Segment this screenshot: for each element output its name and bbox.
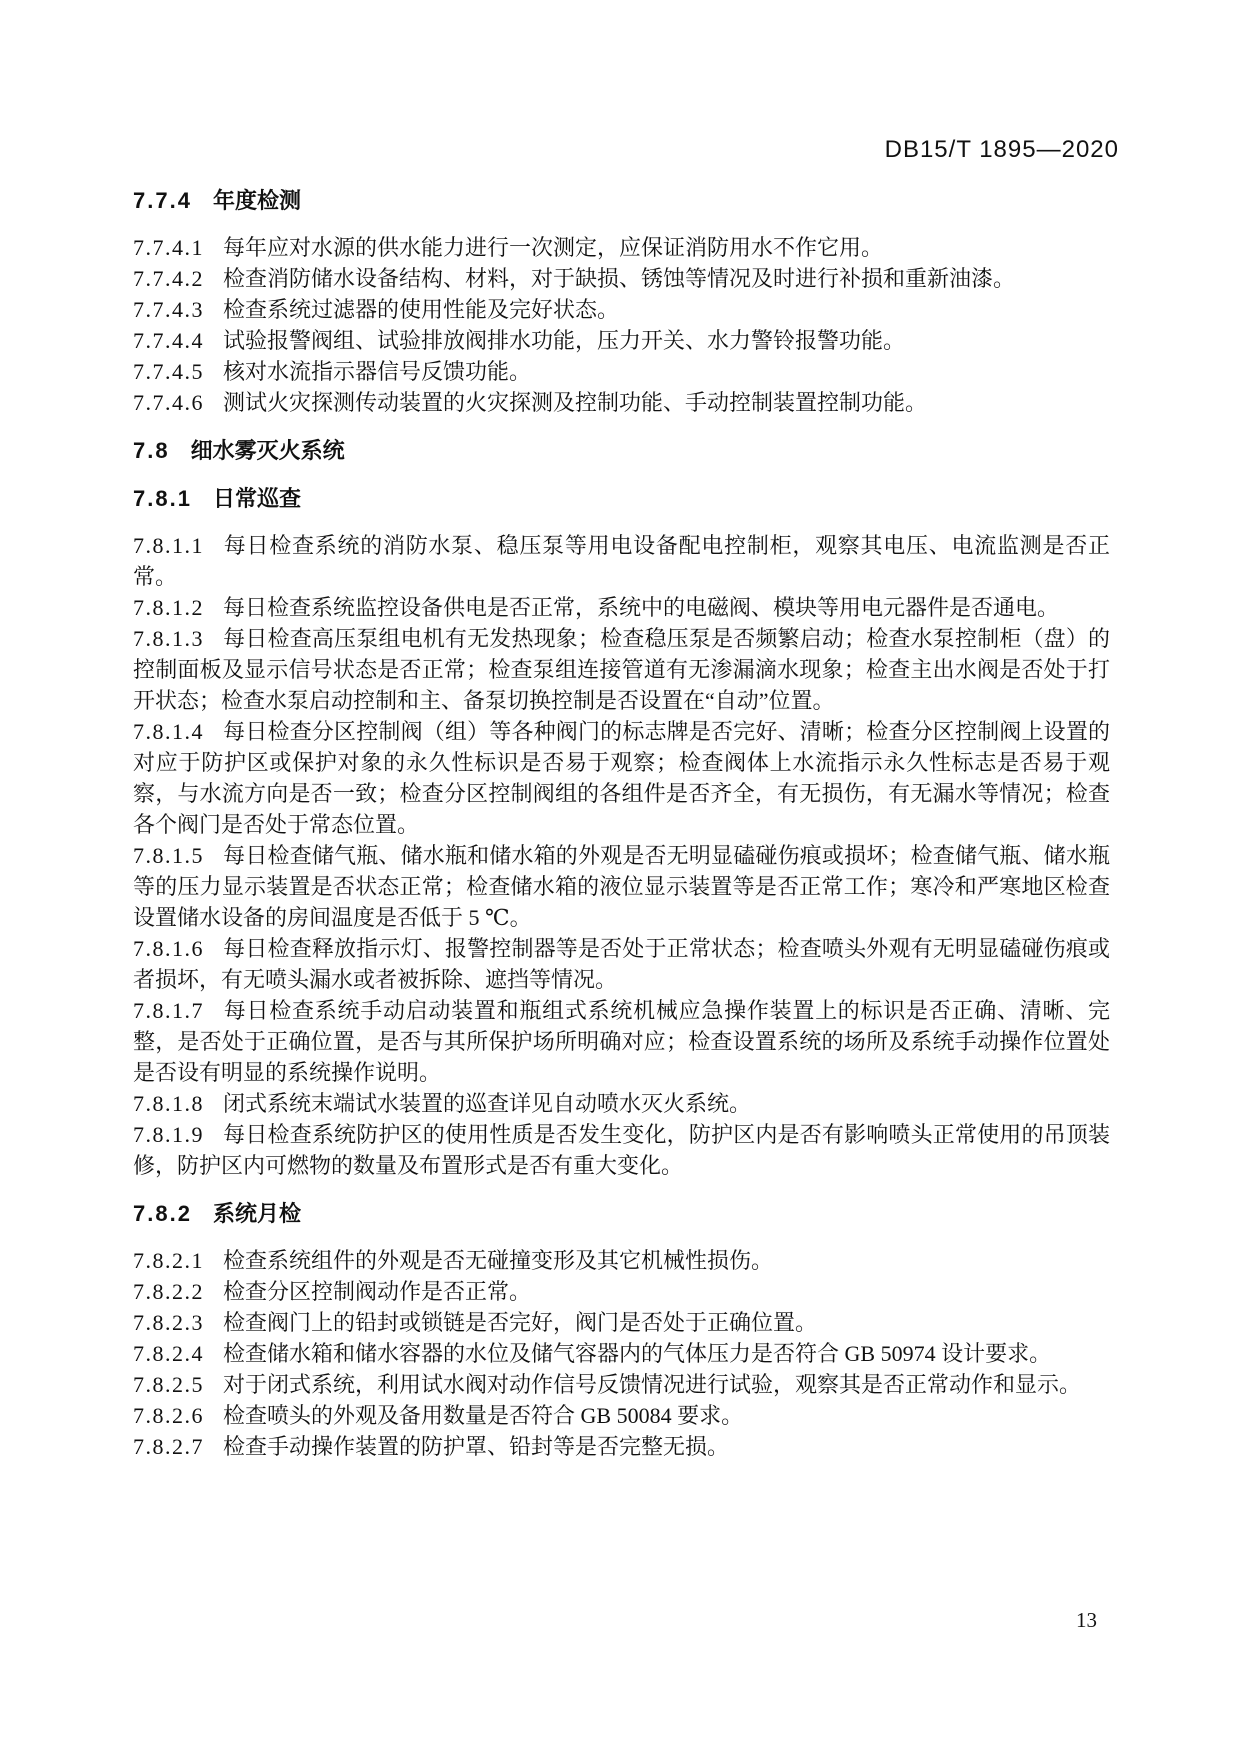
clause: 7.8.1.3每日检查高压泵组电机有无发热现象；检查稳压泵是否频繁启动；检查水泵… xyxy=(133,623,1110,716)
clause-text: 检查消防储水设备结构、材料，对于缺损、锈蚀等情况及时进行补损和重新油漆。 xyxy=(223,266,1015,291)
clause: 7.8.1.5每日检查储气瓶、储水瓶和储水箱的外观是否无明显磕碰伤痕或损坏；检查… xyxy=(133,840,1110,933)
clause: 7.8.2.6检查喷头的外观及备用数量是否符合 GB 50084 要求。 xyxy=(133,1400,1110,1431)
heading-number: 7.8.1 xyxy=(133,486,192,511)
clause-number: 7.8.2.6 xyxy=(133,1403,204,1428)
clause-text: 检查系统过滤器的使用性能及完好状态。 xyxy=(223,297,619,322)
document-page: DB15/T 1895—2020 7.7.4年度检测7.7.4.1每年应对水源的… xyxy=(0,0,1241,1755)
clause-number: 7.8.2.5 xyxy=(133,1372,204,1397)
clause-text: 每日检查系统防护区的使用性质是否发生变化，防护区内是否有影响喷头正常使用的吊顶装… xyxy=(133,1122,1110,1178)
clause: 7.7.4.3检查系统过滤器的使用性能及完好状态。 xyxy=(133,294,1110,325)
section-heading: 7.8细水雾灭火系统 xyxy=(133,435,1110,466)
clause: 7.8.1.6每日检查释放指示灯、报警控制器等是否处于正常状态；检查喷头外观有无… xyxy=(133,933,1110,995)
clause-text: 每年应对水源的供水能力进行一次测定，应保证消防用水不作它用。 xyxy=(223,235,883,260)
heading-title: 日常巡查 xyxy=(213,486,301,511)
clause-number: 7.8.1.1 xyxy=(133,533,204,558)
clause: 7.8.2.5对于闭式系统，利用试水阀对动作信号反馈情况进行试验，观察其是否正常… xyxy=(133,1369,1110,1400)
heading-number: 7.8 xyxy=(133,438,170,463)
clause: 7.8.1.2每日检查系统监控设备供电是否正常，系统中的电磁阀、模块等用电元器件… xyxy=(133,592,1110,623)
section-heading: 7.7.4年度检测 xyxy=(133,185,1110,216)
clause-text: 每日检查高压泵组电机有无发热现象；检查稳压泵是否频繁启动；检查水泵控制柜（盘）的… xyxy=(133,626,1110,713)
clause-number: 7.7.4.4 xyxy=(133,328,204,353)
clause-text: 每日检查系统的消防水泵、稳压泵等用电设备配电控制柜，观察其电压、电流监测是否正常… xyxy=(133,533,1110,589)
clause-number: 7.8.1.6 xyxy=(133,936,204,961)
clause: 7.8.1.7每日检查系统手动启动装置和瓶组式系统机械应急操作装置上的标识是否正… xyxy=(133,995,1110,1088)
clause-number: 7.8.1.9 xyxy=(133,1122,204,1147)
clause: 7.8.2.7检查手动操作装置的防护罩、铅封等是否完整无损。 xyxy=(133,1431,1110,1462)
clause-number: 7.7.4.2 xyxy=(133,266,204,291)
document-content: 7.7.4年度检测7.7.4.1每年应对水源的供水能力进行一次测定，应保证消防用… xyxy=(133,168,1110,1462)
clause-text: 检查系统组件的外观是否无碰撞变形及其它机械性损伤。 xyxy=(223,1248,773,1273)
clause: 7.7.4.6测试火灾探测传动装置的火灾探测及控制功能、手动控制装置控制功能。 xyxy=(133,387,1110,418)
clause-text: 每日检查分区控制阀（组）等各种阀门的标志牌是否完好、清晰；检查分区控制阀上设置的… xyxy=(133,719,1110,837)
clause-number: 7.8.1.3 xyxy=(133,626,204,651)
clause: 7.7.4.1每年应对水源的供水能力进行一次测定，应保证消防用水不作它用。 xyxy=(133,232,1110,263)
clause: 7.7.4.2检查消防储水设备结构、材料，对于缺损、锈蚀等情况及时进行补损和重新… xyxy=(133,263,1110,294)
page-number: 13 xyxy=(1076,1608,1097,1633)
clause: 7.8.2.4检查储水箱和储水容器的水位及储气容器内的气体压力是否符合 GB 5… xyxy=(133,1338,1110,1369)
clause: 7.8.1.9每日检查系统防护区的使用性质是否发生变化，防护区内是否有影响喷头正… xyxy=(133,1119,1110,1181)
section-heading: 7.8.2系统月检 xyxy=(133,1198,1110,1229)
clause: 7.8.2.2检查分区控制阀动作是否正常。 xyxy=(133,1276,1110,1307)
clause-number: 7.8.2.2 xyxy=(133,1279,204,1304)
clause-number: 7.8.1.4 xyxy=(133,719,204,744)
clause-number: 7.8.2.4 xyxy=(133,1341,204,1366)
clause-number: 7.8.2.7 xyxy=(133,1434,204,1459)
clause: 7.8.1.1每日检查系统的消防水泵、稳压泵等用电设备配电控制柜，观察其电压、电… xyxy=(133,530,1110,592)
clause: 7.8.2.3检查阀门上的铅封或锁链是否完好，阀门是否处于正确位置。 xyxy=(133,1307,1110,1338)
clause-text: 每日检查系统手动启动装置和瓶组式系统机械应急操作装置上的标识是否正确、清晰、完整… xyxy=(133,998,1110,1085)
heading-number: 7.7.4 xyxy=(133,188,192,213)
clause-text: 检查分区控制阀动作是否正常。 xyxy=(223,1279,531,1304)
clause-number: 7.7.4.5 xyxy=(133,359,204,384)
clause-text: 每日检查系统监控设备供电是否正常，系统中的电磁阀、模块等用电元器件是否通电。 xyxy=(223,595,1059,620)
clause-text: 核对水流指示器信号反馈功能。 xyxy=(223,359,531,384)
heading-number: 7.8.2 xyxy=(133,1201,192,1226)
section-heading: 7.8.1日常巡查 xyxy=(133,483,1110,514)
clause-text: 检查储水箱和储水容器的水位及储气容器内的气体压力是否符合 GB 50974 设计… xyxy=(223,1341,1051,1366)
clause-number: 7.8.1.8 xyxy=(133,1091,204,1116)
heading-title: 系统月检 xyxy=(213,1201,301,1226)
clause: 7.8.1.4每日检查分区控制阀（组）等各种阀门的标志牌是否完好、清晰；检查分区… xyxy=(133,716,1110,840)
clause-text: 每日检查释放指示灯、报警控制器等是否处于正常状态；检查喷头外观有无明显磕碰伤痕或… xyxy=(133,936,1110,992)
heading-title: 细水雾灭火系统 xyxy=(191,438,345,463)
clause-number: 7.7.4.1 xyxy=(133,235,204,260)
clause: 7.8.1.8闭式系统末端试水装置的巡查详见自动喷水灭火系统。 xyxy=(133,1088,1110,1119)
clause-number: 7.8.2.3 xyxy=(133,1310,204,1335)
clause-number: 7.8.1.5 xyxy=(133,843,204,868)
clause-text: 试验报警阀组、试验排放阀排水功能，压力开关、水力警铃报警功能。 xyxy=(223,328,905,353)
clause: 7.7.4.5核对水流指示器信号反馈功能。 xyxy=(133,356,1110,387)
doc-code-header: DB15/T 1895—2020 xyxy=(885,136,1119,164)
clause-text: 检查手动操作装置的防护罩、铅封等是否完整无损。 xyxy=(223,1434,729,1459)
clause: 7.7.4.4试验报警阀组、试验排放阀排水功能，压力开关、水力警铃报警功能。 xyxy=(133,325,1110,356)
clause-text: 检查喷头的外观及备用数量是否符合 GB 50084 要求。 xyxy=(223,1403,743,1428)
clause-text: 每日检查储气瓶、储水瓶和储水箱的外观是否无明显磕碰伤痕或损坏；检查储气瓶、储水瓶… xyxy=(133,843,1110,930)
clause-number: 7.8.1.7 xyxy=(133,998,204,1023)
clause-text: 闭式系统末端试水装置的巡查详见自动喷水灭火系统。 xyxy=(223,1091,751,1116)
clause-number: 7.8.2.1 xyxy=(133,1248,204,1273)
clause-number: 7.7.4.6 xyxy=(133,390,204,415)
heading-title: 年度检测 xyxy=(213,188,301,213)
clause-number: 7.8.1.2 xyxy=(133,595,204,620)
clause-text: 测试火灾探测传动装置的火灾探测及控制功能、手动控制装置控制功能。 xyxy=(223,390,927,415)
clause: 7.8.2.1检查系统组件的外观是否无碰撞变形及其它机械性损伤。 xyxy=(133,1245,1110,1276)
clause-text: 对于闭式系统，利用试水阀对动作信号反馈情况进行试验，观察其是否正常动作和显示。 xyxy=(223,1372,1081,1397)
clause-number: 7.7.4.3 xyxy=(133,297,204,322)
clause-text: 检查阀门上的铅封或锁链是否完好，阀门是否处于正确位置。 xyxy=(223,1310,817,1335)
